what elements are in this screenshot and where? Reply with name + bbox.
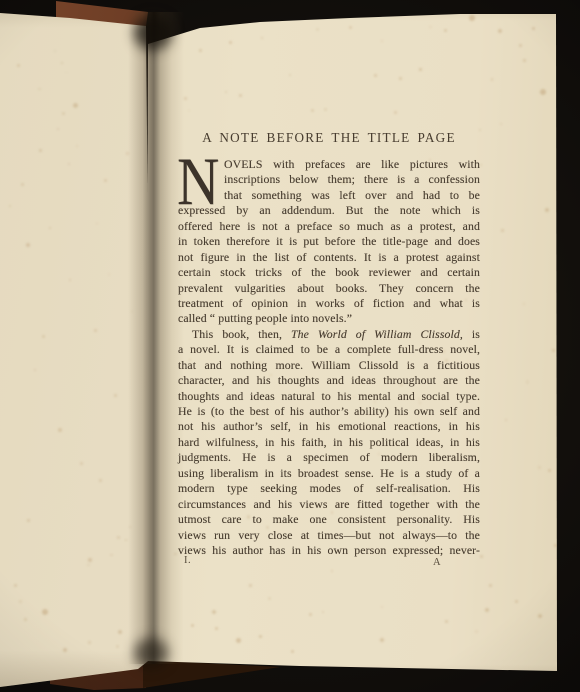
book-title-italic: The World of William Clissold, — [291, 327, 463, 341]
text-line: views run very close at times—but not al… — [178, 528, 480, 543]
text-line: using liberalism in its broadest sense. … — [178, 466, 480, 481]
text-line: OVELS with prefaces are like pictures wi… — [178, 157, 480, 172]
text-line: a novel. It is claimed to be a complete … — [178, 342, 480, 357]
text-line: thoughts and ideas natural to his mental… — [178, 389, 480, 404]
text-line: that something was left over and had to … — [178, 188, 480, 203]
volume-number: I. — [184, 555, 191, 566]
text-line: expressed by an addendum. But the note w… — [178, 203, 480, 218]
text-line: offered here is not a preface so much as… — [178, 219, 480, 234]
text-line: This book, then, The World of William Cl… — [178, 327, 480, 342]
text-line: character, and his thoughts and ideas th… — [178, 373, 480, 388]
text-line: circumstances and his views are fitted t… — [178, 497, 480, 512]
text-segment: is — [463, 327, 480, 341]
text-line: called “ putting people into novels.” — [178, 311, 480, 326]
text-line: modern type seeking modes of self-realis… — [178, 481, 480, 496]
text-line: certain stock tricks of the book reviewe… — [178, 265, 480, 280]
text-line: not figure in the list of contents. It i… — [178, 250, 480, 265]
text-line: that and nothing more. William Clissold … — [178, 358, 480, 373]
text-line: inscriptions below them; there is a conf… — [178, 172, 480, 187]
text-line: He is (to the best of his author’s abili… — [178, 404, 480, 419]
book-photo: A NOTE BEFORE THE TITLE PAGE N OVELS wit… — [0, 0, 580, 692]
page-content: A NOTE BEFORE THE TITLE PAGE N OVELS wit… — [0, 0, 580, 692]
text-line: not his author’s self, in his emotional … — [178, 419, 480, 434]
chapter-heading: A NOTE BEFORE THE TITLE PAGE — [178, 130, 480, 146]
text-segment: This book, then, — [192, 327, 291, 341]
text-line: treatment of opinion in works of fiction… — [178, 296, 480, 311]
text-line: hard wilfulness, in his faith, in his po… — [178, 435, 480, 450]
text-line: utmost care to make one consistent perso… — [178, 512, 480, 527]
signature-mark: A — [433, 557, 441, 568]
body-text: OVELS with prefaces are like pictures wi… — [178, 157, 480, 558]
text-line: prevalent vulgarities about books. They … — [178, 281, 480, 296]
text-line: in token therefore it is put before the … — [178, 234, 480, 249]
text-line: judgments. He is a specimen of modern li… — [178, 450, 480, 465]
